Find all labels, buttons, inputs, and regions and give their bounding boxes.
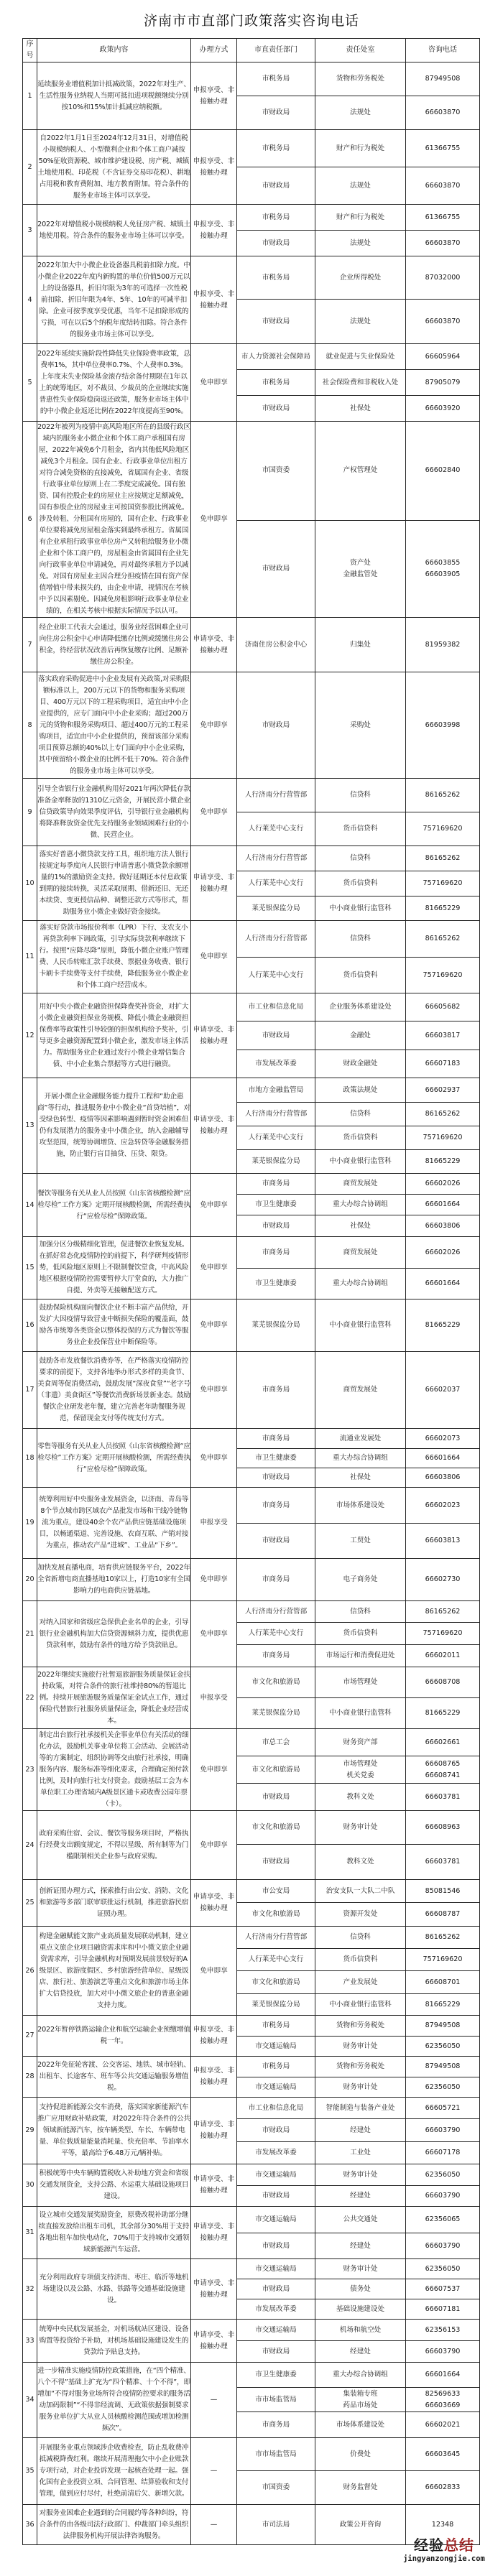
consult-phone: 66602840 <box>406 422 480 521</box>
consult-phone: 66602661 <box>406 1729 480 1756</box>
responsible-office: 机场和航空处 <box>315 2320 406 2341</box>
responsible-office: 流通业发展处 <box>315 1429 406 1449</box>
policy-content: 落实好普惠小微贷款支持工具，组织地方法人银行按规定每季度向人民银行申请普惠小微贷… <box>37 846 191 921</box>
responsible-department: 莱芜银保监分局 <box>237 1994 315 2016</box>
consult-phone: 86165262 <box>406 846 480 871</box>
consult-phone: 86165262 <box>406 1103 480 1126</box>
responsible-department: 市财政局 <box>237 396 315 422</box>
responsible-office: 社保处 <box>315 396 406 422</box>
watermark-url: jingyanzongjie.com <box>394 2554 494 2563</box>
responsible-department: 市发展改革委 <box>237 1050 315 1078</box>
row-number: 33 <box>23 2320 37 2363</box>
handling-method: 免申即享 <box>191 1299 237 1352</box>
responsible-department: 济南住房公积金中心 <box>237 618 315 672</box>
handling-method: 免申即享 <box>191 672 237 779</box>
policy-content: 鼓励保险机构面向餐饮企业不断丰富产品供给，开发扩大因疫情导致营业中断损失保险的覆… <box>37 1299 191 1352</box>
responsible-department: 市税务局 <box>237 62 315 96</box>
responsible-department: 市财政局 <box>237 1845 315 1880</box>
responsible-office: 市场体系建设处 <box>315 1488 406 1524</box>
consult-phone: 66608963 <box>406 1811 480 1845</box>
policy-content: 零售等服务有关从业人员按照《山东省核酸检测“应检尽检”工作方案》定期开展核酸检测… <box>37 1429 191 1488</box>
handling-method: 申请享受、非接触办理 <box>191 618 237 672</box>
consult-phone: 62356050 <box>406 2164 480 2186</box>
responsible-department: 人行济南分行营管部 <box>237 846 315 871</box>
row-number: 15 <box>23 1237 37 1299</box>
responsible-department: 市公安局 <box>237 1880 315 1903</box>
watermark-logo-text: 经验总结 <box>394 2537 494 2553</box>
responsible-department: 市商务局 <box>237 1645 315 1667</box>
row-number: 26 <box>23 1927 37 2016</box>
policy-content: 创新证照办理方式，探索推行由公安、消防、文化和旅游等多部门联审联批运行机制，推进… <box>37 1880 191 1927</box>
row-number: 5 <box>23 344 37 422</box>
responsible-office: 智能制造与装备产业处 <box>315 2098 406 2119</box>
table-row: 42022年加大中小微企业设备器具税前扣除力度。中小微企业2022年度内新购置的… <box>23 256 480 300</box>
consult-phone: 66607178 <box>406 2142 480 2164</box>
row-number: 35 <box>23 2438 37 2505</box>
row-number: 17 <box>23 1352 37 1429</box>
responsible-office: 财产和行为税处 <box>315 205 406 231</box>
consult-phone: 66603790 <box>406 2119 480 2142</box>
policy-content: 落实政府采购促进中小企业发展有关政策,对采购限额标准以上，200万元以下的货物和… <box>37 672 191 779</box>
responsible-department: 市文化和旅游局 <box>237 1903 315 1927</box>
responsible-office: 工贸处 <box>315 1524 406 1559</box>
responsible-department: 人行济南分行营管部 <box>237 779 315 812</box>
responsible-office: 经建处 <box>315 2341 406 2363</box>
row-number: 30 <box>23 2164 37 2207</box>
table-row: 26构建金融赋能文旅产业高质量发展联动机制，建立重点文旅企业项目融资需求库和中小… <box>23 1927 480 1949</box>
responsible-department: 市交通运输局 <box>237 2259 315 2279</box>
responsible-office: 集装箱专班 药品市场处 <box>315 2388 406 2412</box>
row-number: 19 <box>23 1488 37 1559</box>
responsible-office: 社会保险费和非税收入处 <box>315 370 406 396</box>
responsible-office: 重大办综合协调组 <box>315 2363 406 2388</box>
consult-phone: 66602023 <box>406 1488 480 1524</box>
responsible-office: 商贸发展处 <box>315 1352 406 1429</box>
responsible-office: 信贷科 <box>315 1927 406 1949</box>
consult-phone: 66605682 <box>406 993 480 1021</box>
responsible-department: 市国资委 <box>237 422 315 521</box>
responsible-office: 财政金融处 <box>315 1050 406 1078</box>
consult-phone: 66601664 <box>406 2363 480 2388</box>
consult-phone: 66605964 <box>406 344 480 370</box>
responsible-department: 市税务局 <box>237 205 315 231</box>
responsible-office: 重大办综合协调组 <box>315 1269 406 1299</box>
handling-method: 申报享受 <box>191 1488 237 1559</box>
handling-method: 免申即享 <box>191 1601 237 1667</box>
table-row: 62022年被列为疫情中高风险地区所在的县级行政区域内的服务业小微企业和个体工商… <box>23 422 480 521</box>
responsible-office: 经建处 <box>315 2233 406 2259</box>
consult-phone: 61366755 <box>406 130 480 167</box>
table-row: 29支持促进新能源公交车消费，落实国家新能源汽车推广应用财政补贴政策，对2022… <box>23 2098 480 2119</box>
consult-phone: 85081546 <box>406 1880 480 1903</box>
consult-phone: 66603806 <box>406 1215 480 1237</box>
consult-phone: 87949508 <box>406 2057 480 2077</box>
responsible-office: 货物和劳务税处 <box>315 2016 406 2037</box>
row-number: 9 <box>23 779 37 846</box>
consult-phone: 87949508 <box>406 2016 480 2037</box>
table-row: 34进一步精准实施疫情防控政策措施，在“四个精准、八个不得”基础上扩充为“四个精… <box>23 2363 480 2388</box>
consult-phone: 66603817 <box>406 1021 480 1050</box>
responsible-department: 市文化和旅游局 <box>237 1667 315 1698</box>
responsible-office: 信贷科 <box>315 846 406 871</box>
consult-phone: 757169620 <box>406 1623 480 1645</box>
consult-phone: 61366755 <box>406 205 480 231</box>
responsible-office: 重大办综合协调组 <box>315 1195 406 1215</box>
responsible-office: 财务资产部 <box>315 1729 406 1756</box>
table-row: 10落实好普惠小微贷款支持工具，组织地方法人银行按规定每季度向人民银行申请普惠小… <box>23 846 480 871</box>
responsible-office: 治安支队一大队二中队 <box>315 1880 406 1903</box>
responsible-office: 采购处 <box>315 672 406 779</box>
responsible-department: 市财政局 <box>237 96 315 130</box>
policy-content: 引导全省银行业金融机构用好2021年两次降低存款准备金率释放的1310亿元资金，… <box>37 779 191 846</box>
responsible-department: 市卫生健康委 <box>237 1195 315 1215</box>
responsible-department: 人行济南分行营管部 <box>237 1927 315 1949</box>
responsible-office: 社保处 <box>315 1215 406 1237</box>
row-number: 18 <box>23 1429 37 1488</box>
policy-content: 餐饮等服务有关从业人员按照《山东省核酸检测“应检尽检”工作方案》定期开展核酸检测… <box>37 1174 191 1237</box>
table-header-row: 序号 政策内容 办理方式 市直责任部门 责任处室 咨询电话 <box>23 39 480 62</box>
handling-method: 免申即享 <box>191 422 237 618</box>
responsible-office: 法规处 <box>315 167 406 205</box>
consult-phone: 87949508 <box>406 62 480 96</box>
responsible-department: 市交通运输局 <box>237 2164 315 2186</box>
policy-content: 开展小微企业金融服务能力提升工程和“助企惠商”等行动，推进服务业中小微企业“首贷… <box>37 1078 191 1174</box>
policy-content: 加强分区分级精细化管理，促进餐饮业恢复发展。在抓好常态化疫情防控的前提下，科学研… <box>37 1237 191 1299</box>
handling-method: — <box>191 2505 237 2545</box>
responsible-office: 财务审计处 <box>315 2037 406 2057</box>
handling-method: 申报享受、非接触办理 <box>191 130 237 205</box>
responsible-department: 市文化和旅游局 <box>237 1971 315 1994</box>
responsible-department: 市税务局 <box>237 256 315 300</box>
responsible-office: 市场管理处 <box>315 1667 406 1698</box>
policy-content: 2022年免征轮客渡、公交客运、地铁、城市轻轨、出租车、长途客车、班车等公共交通… <box>37 2057 191 2098</box>
row-number: 12 <box>23 993 37 1078</box>
responsible-office: 中小商业银行监管科 <box>315 1150 406 1174</box>
table-row: 52022年延续实施阶段性降低失业保险费率政策，总费率1%，其中单位费率0.7%… <box>23 344 480 370</box>
responsible-office: 经建处 <box>315 2186 406 2207</box>
responsible-department: 市商务局 <box>237 2412 315 2438</box>
responsible-department: 市财政局 <box>237 1524 315 1559</box>
responsible-department: 市市场监管局 <box>237 2438 315 2471</box>
consult-phone: 66607537 <box>406 2279 480 2299</box>
responsible-department: 市司法局 <box>237 2505 315 2545</box>
responsible-department: 市商务局 <box>237 1237 315 1269</box>
responsible-office: 市场体系建设处 <box>315 2412 406 2438</box>
table-row: 21对纳入国家和省级应急保供企业名单的企业，引导银行业金融机构加大信贷资源倾斜力… <box>23 1601 480 1623</box>
responsible-office: 经建处 <box>315 2119 406 2142</box>
responsible-office: 就业促进与失业保险处 <box>315 344 406 370</box>
responsible-department: 人行济南分行营管部 <box>237 921 315 958</box>
table-row: 7经企业职工代表大会通过，服务业经营困难企业可向住房公积金中心申请降低缴存比例或… <box>23 618 480 672</box>
row-number: 13 <box>23 1078 37 1174</box>
table-row: 18零售等服务有关从业人员按照《山东省核酸检测“应检尽检”工作方案》定期开展核酸… <box>23 1429 480 1449</box>
policy-content: 支持促进新能源公交车消费，落实国家新能源汽车推广应用财政补贴政策，对2022年符… <box>37 2098 191 2164</box>
responsible-department: 莱芜银保监分局 <box>237 1150 315 1174</box>
handling-method: 申请享受、非接触办理 <box>191 2164 237 2207</box>
consult-phone: 66603781 <box>406 1784 480 1811</box>
handling-method: 申报享受 <box>191 1667 237 1729</box>
consult-phone: 66601664 <box>406 1449 480 1468</box>
policy-content: 2022年延续实施阶段性降低失业保险费率政策，总费率1%，其中单位费率0.7%、… <box>37 344 191 422</box>
policy-content: 用好中央小微企业融资担保降费奖补资金，对扩大小微企业融资担保业务规模、降低小微企… <box>37 993 191 1078</box>
responsible-department: 人行莱芜中心支行 <box>237 958 315 993</box>
policy-content: 进一步精准实施疫情防控政策措施，在“四个精准、八个不得”基础上扩充为“四个精准、… <box>37 2363 191 2438</box>
handling-method: 申报享受、非接触办理 <box>191 62 237 130</box>
consult-phone: 66603790 <box>406 2233 480 2259</box>
table-row: 15加强分区分级精细化管理，促进餐饮业恢复发展。在抓好常态化疫情防控的前提下，科… <box>23 1237 480 1269</box>
table-row: 11落实好贷款市场报价利率（LPR）下行、支农支小再贷款利率下调政策，引导实际贷… <box>23 921 480 958</box>
responsible-office: 价费处 <box>315 2438 406 2471</box>
responsible-office: 教科文处 <box>315 1784 406 1811</box>
row-number: 24 <box>23 1811 37 1880</box>
policy-content: 对服务业困难企业遇到的合同履约等各种纠纷，符合条件的由各级司法行政部门、仲裁部门… <box>37 2505 191 2545</box>
responsible-department: 市总工会 <box>237 1729 315 1756</box>
responsible-department: 人行莱芜中心支行 <box>237 1949 315 1971</box>
row-number: 23 <box>23 1729 37 1811</box>
responsible-office: 财务审计处 <box>315 2164 406 2186</box>
policy-content: 2022年对增值税小规模纳税人免征房产税、城镇土地使用税。符合条件的服务业市场主… <box>37 205 191 256</box>
responsible-department: 市文化和旅游局 <box>237 1756 315 1784</box>
responsible-office: 法规处 <box>315 231 406 256</box>
consult-phone: 757169620 <box>406 1126 480 1150</box>
table-row: 35开展服务业重点领域涉企收费检查，防止乱收费冲抵减税降费红利。继续开展清理拖欠… <box>23 2438 480 2471</box>
consult-phone: 66603813 <box>406 1524 480 1559</box>
table-row: 272022年暂停铁路运输企业和航空运输企业预缴增值税一年。申报享受、非接触办理… <box>23 2016 480 2037</box>
responsible-office: 电子商务处 <box>315 1559 406 1601</box>
consult-phone: 757169620 <box>406 812 480 846</box>
table-row: 14餐饮等服务有关从业人员按照《山东省核酸检测“应检尽检”工作方案》定期开展核酸… <box>23 1174 480 1195</box>
consult-phone: 66601664 <box>406 1269 480 1299</box>
consult-phone: 86165262 <box>406 1601 480 1623</box>
responsible-department: 人行莱芜中心支行 <box>237 812 315 846</box>
consult-phone: 81665229 <box>406 1150 480 1174</box>
policy-content: 对纳入国家和省级应急保供企业名单的企业，引导银行业金融机构加大信贷资源倾斜力度，… <box>37 1601 191 1667</box>
responsible-department: 市卫生健康委 <box>237 1269 315 1299</box>
responsible-department: 市商务局 <box>237 1352 315 1429</box>
responsible-department: 市市场监管局 <box>237 2388 315 2412</box>
responsible-department: 市财政局 <box>237 1215 315 1237</box>
responsible-department: 市税务局 <box>237 130 315 167</box>
policy-content: 统筹利用好中央服务业发展资金，以济南、青岛等8个节点城市跨区域农产品批发市场和干… <box>37 1488 191 1559</box>
consult-phone: 62356050 <box>406 2037 480 2057</box>
responsible-department: 市文化和旅游局 <box>237 1811 315 1845</box>
responsible-office: 金融处 <box>315 1021 406 1050</box>
responsible-office: 产业发展处 <box>315 1971 406 1994</box>
responsible-office: 财务审计处 <box>315 1811 406 1845</box>
consult-phone: 81665229 <box>406 1698 480 1729</box>
responsible-department: 市财政局 <box>237 1021 315 1050</box>
consult-phone: 66602026 <box>406 1174 480 1195</box>
consult-phone: 66602021 <box>406 2412 480 2438</box>
responsible-office: 中小商业银行监管科 <box>315 896 406 921</box>
responsible-department: 市商务局 <box>237 1174 315 1195</box>
row-number: 27 <box>23 2016 37 2057</box>
responsible-department: 人行济南分行营管部 <box>237 1103 315 1126</box>
consult-phone: 86165262 <box>406 779 480 812</box>
table-row: 282022年免征轮客渡、公交客运、地铁、城市轻轨、出租车、长途客车、班车等公共… <box>23 2057 480 2077</box>
handling-method: 免申即享 <box>191 1352 237 1429</box>
responsible-office: 中小商业银行监管科 <box>315 1698 406 1729</box>
responsible-office: 教科文处 <box>315 1845 406 1880</box>
policy-content: 落实好贷款市场报价利率（LPR）下行、支农支小再贷款利率下调政策，引导实际贷款利… <box>37 921 191 993</box>
table-row: 24政府采购住宿、会议、餐饮等服务项目时，严格执行经费支出额度规定，不得以星级、… <box>23 1811 480 1845</box>
responsible-office: 商贸发展处 <box>315 1174 406 1195</box>
responsible-department: 市税务局 <box>237 370 315 396</box>
responsible-department: 市发展改革委 <box>237 2299 315 2320</box>
responsible-department: 莱芜银保监分局 <box>237 1698 315 1729</box>
responsible-department: 市商务局 <box>237 1559 315 1601</box>
consult-phone: 66603998 <box>406 672 480 779</box>
responsible-office: 法规处 <box>315 96 406 130</box>
consult-phone: 66608765 66608741 <box>406 1756 480 1784</box>
responsible-department: 市国资委 <box>237 2471 315 2505</box>
watermark: 经验总结 jingyanzongjie.com <box>394 2537 494 2563</box>
header-department: 市直责任部门 <box>237 39 315 62</box>
policy-content: 加快发展直播电商，培育供应链服务平台，2022年全省新增电商直播基地10家以上，… <box>37 1559 191 1601</box>
responsible-office: 货币信贷科 <box>315 812 406 846</box>
responsible-office: 货币信贷科 <box>315 958 406 993</box>
policy-content: 2022年暂停铁路运输企业和航空运输企业预缴增值税一年。 <box>37 2016 191 2057</box>
responsible-office: 政策法规处 <box>315 1078 406 1103</box>
consult-phone: 81665229 <box>406 896 480 921</box>
responsible-office: 法规处 <box>315 300 406 344</box>
consult-phone: 62356050 <box>406 2259 480 2279</box>
consult-phone: 62356153 <box>406 2320 480 2341</box>
responsible-department: 市交通运输局 <box>237 2077 315 2098</box>
consult-phone: 87032000 <box>406 256 480 300</box>
policy-content: 统筹中央民航发展基金，对机场航站区建设、设备购置等投资给予补助，对机场基础设施建… <box>37 2320 191 2363</box>
handling-method: 免申即享 <box>191 1559 237 1601</box>
consult-phone: 66607183 <box>406 1050 480 1078</box>
policy-content: 2022年继续实施旅行社暂退旅游服务质量保证金扶持政策，对符合条件的旅行社维持8… <box>37 1667 191 1729</box>
responsible-office: 归集处 <box>315 618 406 672</box>
handling-method: 申请享受、非接触办理 <box>191 1880 237 1927</box>
page-title: 济南市市直部门政策落实咨询电话 <box>0 10 503 29</box>
responsible-department: 市地方金融监管局 <box>237 1078 315 1103</box>
responsible-department: 市财政局 <box>237 2119 315 2142</box>
row-number: 22 <box>23 1667 37 1729</box>
watermark-text-a: 经验 <box>414 2536 444 2554</box>
consult-phone: 66608701 <box>406 1971 480 1994</box>
row-number: 25 <box>23 1880 37 1927</box>
handling-method: 申请享受、非接触办理 <box>191 2207 237 2259</box>
policy-content: 2022年被列为疫情中高风险地区所在的县级行政区域内的服务业小微企业和个体工商户… <box>37 422 191 618</box>
table-row: 12用好中央小微企业融资担保降费奖补资金，对扩大小微企业融资担保业务规模、降低小… <box>23 993 480 1021</box>
row-number: 31 <box>23 2207 37 2259</box>
responsible-office: 中小商业银行监管科 <box>315 1299 406 1352</box>
responsible-department: 市发展改革委 <box>237 2142 315 2164</box>
responsible-office: 信贷科 <box>315 921 406 958</box>
policy-content: 延续服务业增值税加计抵减政策，2022年对生产、生活性服务业纳税人当期可抵扣进项… <box>37 62 191 130</box>
responsible-department: 市财政局 <box>237 300 315 344</box>
responsible-office: 信贷科 <box>315 1601 406 1623</box>
responsible-office: 市场管理处 机关党委 <box>315 1756 406 1784</box>
handling-method: 免申即享 <box>191 1729 237 1811</box>
responsible-office: 产权管理处 <box>315 422 406 521</box>
responsible-department: 人行莱芜中心支行 <box>237 1126 315 1150</box>
consult-phone: 66602011 <box>406 1645 480 1667</box>
consult-phone: 66608708 <box>406 1667 480 1698</box>
table-row: 32充分利用政府专项债支持济南、枣庄、临沂等地机场建设以及公路、水路、铁路等交通… <box>23 2259 480 2279</box>
consult-phone: 66603870 <box>406 167 480 205</box>
consult-phone: 66607181 <box>406 2299 480 2320</box>
policy-contact-table: 序号 政策内容 办理方式 市直责任部门 责任处室 咨询电话 1延续服务业增值税加… <box>22 38 480 2545</box>
policy-content: 开展服务业重点领域涉企收费检查，防止乱收费冲抵减税降费红利。继续开展清理拖欠中小… <box>37 2438 191 2505</box>
consult-phone: 66603645 <box>406 2438 480 2471</box>
responsible-department: 市工业和信息化局 <box>237 2098 315 2119</box>
consult-phone: 757169620 <box>406 958 480 993</box>
responsible-department: 市财政局 <box>237 231 315 256</box>
responsible-department: 市税务局 <box>237 2016 315 2037</box>
consult-phone: 66602073 <box>406 1429 480 1449</box>
responsible-department: 市财政局 <box>237 1468 315 1488</box>
table-row: 32022年对增值税小规模纳税人免征房产税、城镇土地使用税。符合条件的服务业市场… <box>23 205 480 231</box>
consult-phone: 66608787 <box>406 1903 480 1927</box>
consult-phone: 62356050 <box>406 2077 480 2098</box>
policy-content: 经企业职工代表大会通过，服务业经营困难企业可向住房公积金中心申请降低缴存比例或缓… <box>37 618 191 672</box>
table-row: 19统筹利用好中央服务业发展资金，以济南、青岛等8个节点城市跨区域农产品批发市场… <box>23 1488 480 1524</box>
responsible-department: 市交通运输局 <box>237 2037 315 2057</box>
consult-phone: 66603790 <box>406 2186 480 2207</box>
policy-content: 鼓励各市发放餐饮消费券等，在严格落实疫情防控要求的前提下，支持各地举办形式多样的… <box>37 1352 191 1429</box>
responsible-office: 重大办综合协调组 <box>315 1449 406 1468</box>
responsible-department: 市税务局 <box>237 2057 315 2077</box>
row-number: 3 <box>23 205 37 256</box>
row-number: 32 <box>23 2259 37 2320</box>
consult-phone: 66603790 <box>406 2341 480 2363</box>
responsible-department: 市财政局 <box>237 2279 315 2299</box>
table-row: 9引导全省银行业金融机构用好2021年两次降低存款准备金率释放的1310亿元资金… <box>23 779 480 812</box>
policy-content: 设立城市交通发展奖励资金，原费改税补助部分继续直接发放给出租车司机，其余部分30… <box>37 2207 191 2259</box>
responsible-office: 财务监督处 <box>315 2471 406 2505</box>
handling-method: 免申即享 <box>191 921 237 993</box>
policy-content: 制定出台旅行社承接机关企事业单位有关活动的细化办法，鼓励机关事业单位将工会活动、… <box>37 1729 191 1811</box>
table-row: 20加快发展直播电商，培育供应链服务平台，2022年全省新增电商直播基地10家以… <box>23 1559 480 1601</box>
handling-method: — <box>191 2363 237 2438</box>
responsible-department: 人行莱芜中心支行 <box>237 1623 315 1645</box>
row-number: 29 <box>23 2098 37 2164</box>
consult-phone: 66603855 66603905 <box>406 520 480 617</box>
consult-phone: 81665229 <box>406 1299 480 1352</box>
consult-phone: 66603806 <box>406 1468 480 1488</box>
responsible-office: 信贷科 <box>315 779 406 812</box>
table-row: 23制定出台旅行社承接机关企事业单位有关活动的细化办法，鼓励机关事业单位将工会活… <box>23 1729 480 1756</box>
consult-phone: 81665229 <box>406 1994 480 2016</box>
responsible-department: 市财政局 <box>237 2186 315 2207</box>
consult-phone: 66602833 <box>406 2471 480 2505</box>
consult-phone: 66602937 <box>406 1078 480 1103</box>
responsible-office: 货物和劳务税处 <box>315 62 406 96</box>
row-number: 8 <box>23 672 37 779</box>
row-number: 16 <box>23 1299 37 1352</box>
table-row: 31设立城市交通发展奖励资金，原费改税补助部分继续直接发放给出租车司机，其余部分… <box>23 2207 480 2233</box>
consult-phone: 66602026 <box>406 1237 480 1269</box>
header-method: 办理方式 <box>191 39 237 62</box>
responsible-office: 资产处 金融监管处 <box>315 520 406 617</box>
responsible-department: 市财政局 <box>237 672 315 779</box>
responsible-office: 货物和劳务税处 <box>315 2057 406 2077</box>
consult-phone: 66601664 <box>406 1195 480 1215</box>
responsible-office: 债务处 <box>315 2279 406 2299</box>
consult-phone: 81959382 <box>406 618 480 672</box>
handling-method: 免申即享 <box>191 344 237 422</box>
handling-method: 申请享受、非接触办理 <box>191 1078 237 1174</box>
handling-method: 免申即享 <box>191 1429 237 1488</box>
responsible-department: 市人力资源社会保障局 <box>237 344 315 370</box>
responsible-office: 政策公开咨询 <box>315 2505 406 2545</box>
consult-phone: 66602730 <box>406 1559 480 1601</box>
responsible-office: 货币信贷科 <box>315 1949 406 1971</box>
